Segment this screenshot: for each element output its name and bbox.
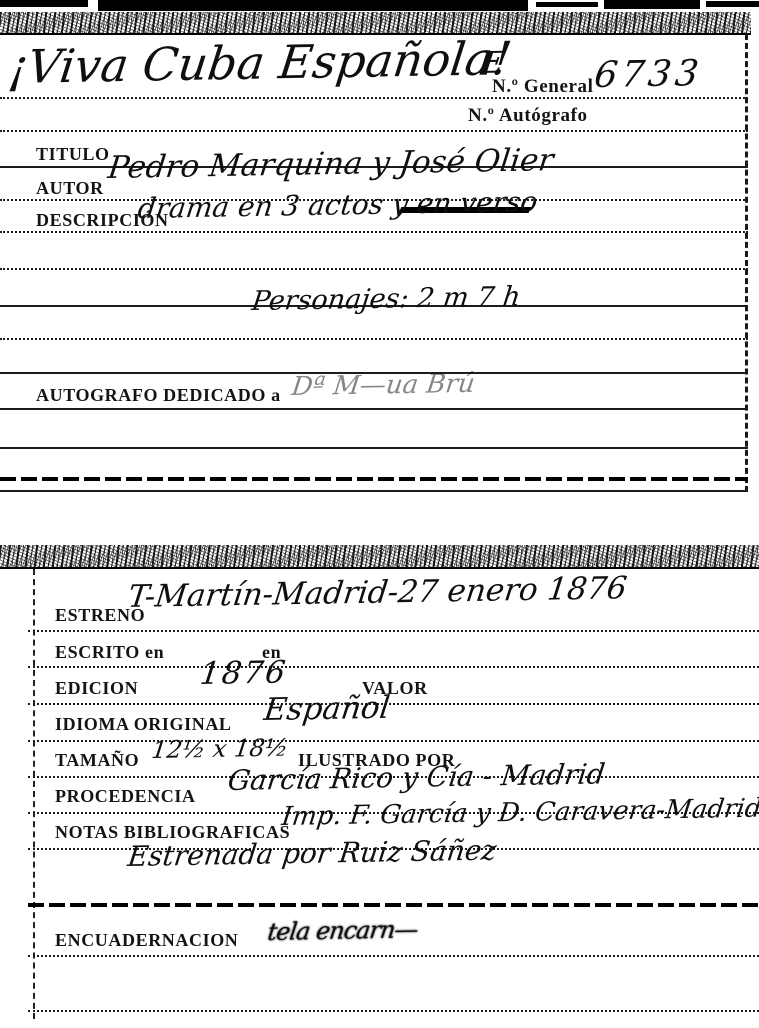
card-general-right-border	[745, 34, 748, 492]
torn-edge	[98, 0, 528, 11]
halftone-band-card-general	[0, 12, 751, 35]
ruled-line	[0, 408, 748, 410]
notas-bibliograficas-value-line2: Estrenada por Ruiz Sáñez	[126, 834, 498, 873]
ruled-line	[0, 231, 748, 233]
tamano-label: TAMAÑO	[55, 750, 139, 771]
ruled-line	[28, 740, 759, 742]
encuadernacion-value: tela encarn—	[266, 915, 419, 946]
torn-edge	[536, 2, 598, 7]
torn-edge	[0, 0, 88, 7]
card-detail-left-border	[33, 569, 35, 1019]
personajes-note: Personajes: 2 m 7 h	[250, 281, 522, 317]
ruled-line	[28, 955, 759, 957]
card-general-bottom-border	[0, 490, 748, 492]
ruled-line-thick	[0, 477, 748, 481]
autografo-dedicado-label: AUTOGRAFO DEDICADO a	[36, 385, 281, 406]
edicion-label: EDICION	[55, 678, 138, 699]
escrito-en-label: ESCRITO en	[55, 642, 164, 663]
ruled-line	[28, 666, 759, 668]
no-general-label: N.º General	[492, 76, 594, 98]
idioma-original-value: Español	[262, 690, 392, 728]
ruled-line-thick	[28, 903, 759, 907]
handwritten-work-title: ¡Viva Cuba Española!	[6, 31, 515, 94]
ruled-line	[0, 447, 748, 449]
ruled-line	[0, 97, 748, 99]
encuadernacion-label: ENCUADERNACION	[55, 930, 238, 951]
autor-label: AUTOR	[36, 178, 104, 199]
ruled-line	[28, 703, 759, 705]
autor-value: Pedro Marquina y José Olier	[106, 142, 555, 186]
idioma-original-label: IDIOMA ORIGINAL	[55, 714, 232, 735]
procedencia-label: PROCEDENCIA	[55, 786, 196, 807]
tamano-value: 12½ x 18½	[150, 734, 290, 764]
torn-edge	[604, 0, 700, 9]
procedencia-value: García Rico y Cía - Madrid	[226, 757, 607, 797]
torn-edge	[706, 1, 759, 7]
scanned-catalog-card-page: ¡Viva Cuba Española! E N.º General 6733 …	[0, 0, 759, 1028]
descripcion-value: drama en 3 actos y en verso	[136, 185, 539, 225]
halftone-band-card-detail	[0, 545, 759, 569]
estreno-value: T-Martín-Madrid-27 enero 1876	[126, 570, 629, 615]
titulo-label: TITULO	[36, 144, 110, 165]
ruled-line	[0, 268, 748, 270]
notas-bibliograficas-value: Imp. F. García y D. Caravera-Madrid	[280, 794, 759, 832]
edicion-value: 1876	[198, 654, 289, 692]
ruled-line	[0, 130, 748, 132]
ruled-line	[0, 338, 748, 340]
autografo-dedicado-value: Dª M—ua Brú	[290, 369, 477, 402]
ruled-line	[28, 630, 759, 632]
ruled-line	[28, 1010, 759, 1012]
no-autografo-label: N.º Autógrafo	[468, 105, 588, 127]
no-general-value: 6733	[592, 53, 705, 96]
